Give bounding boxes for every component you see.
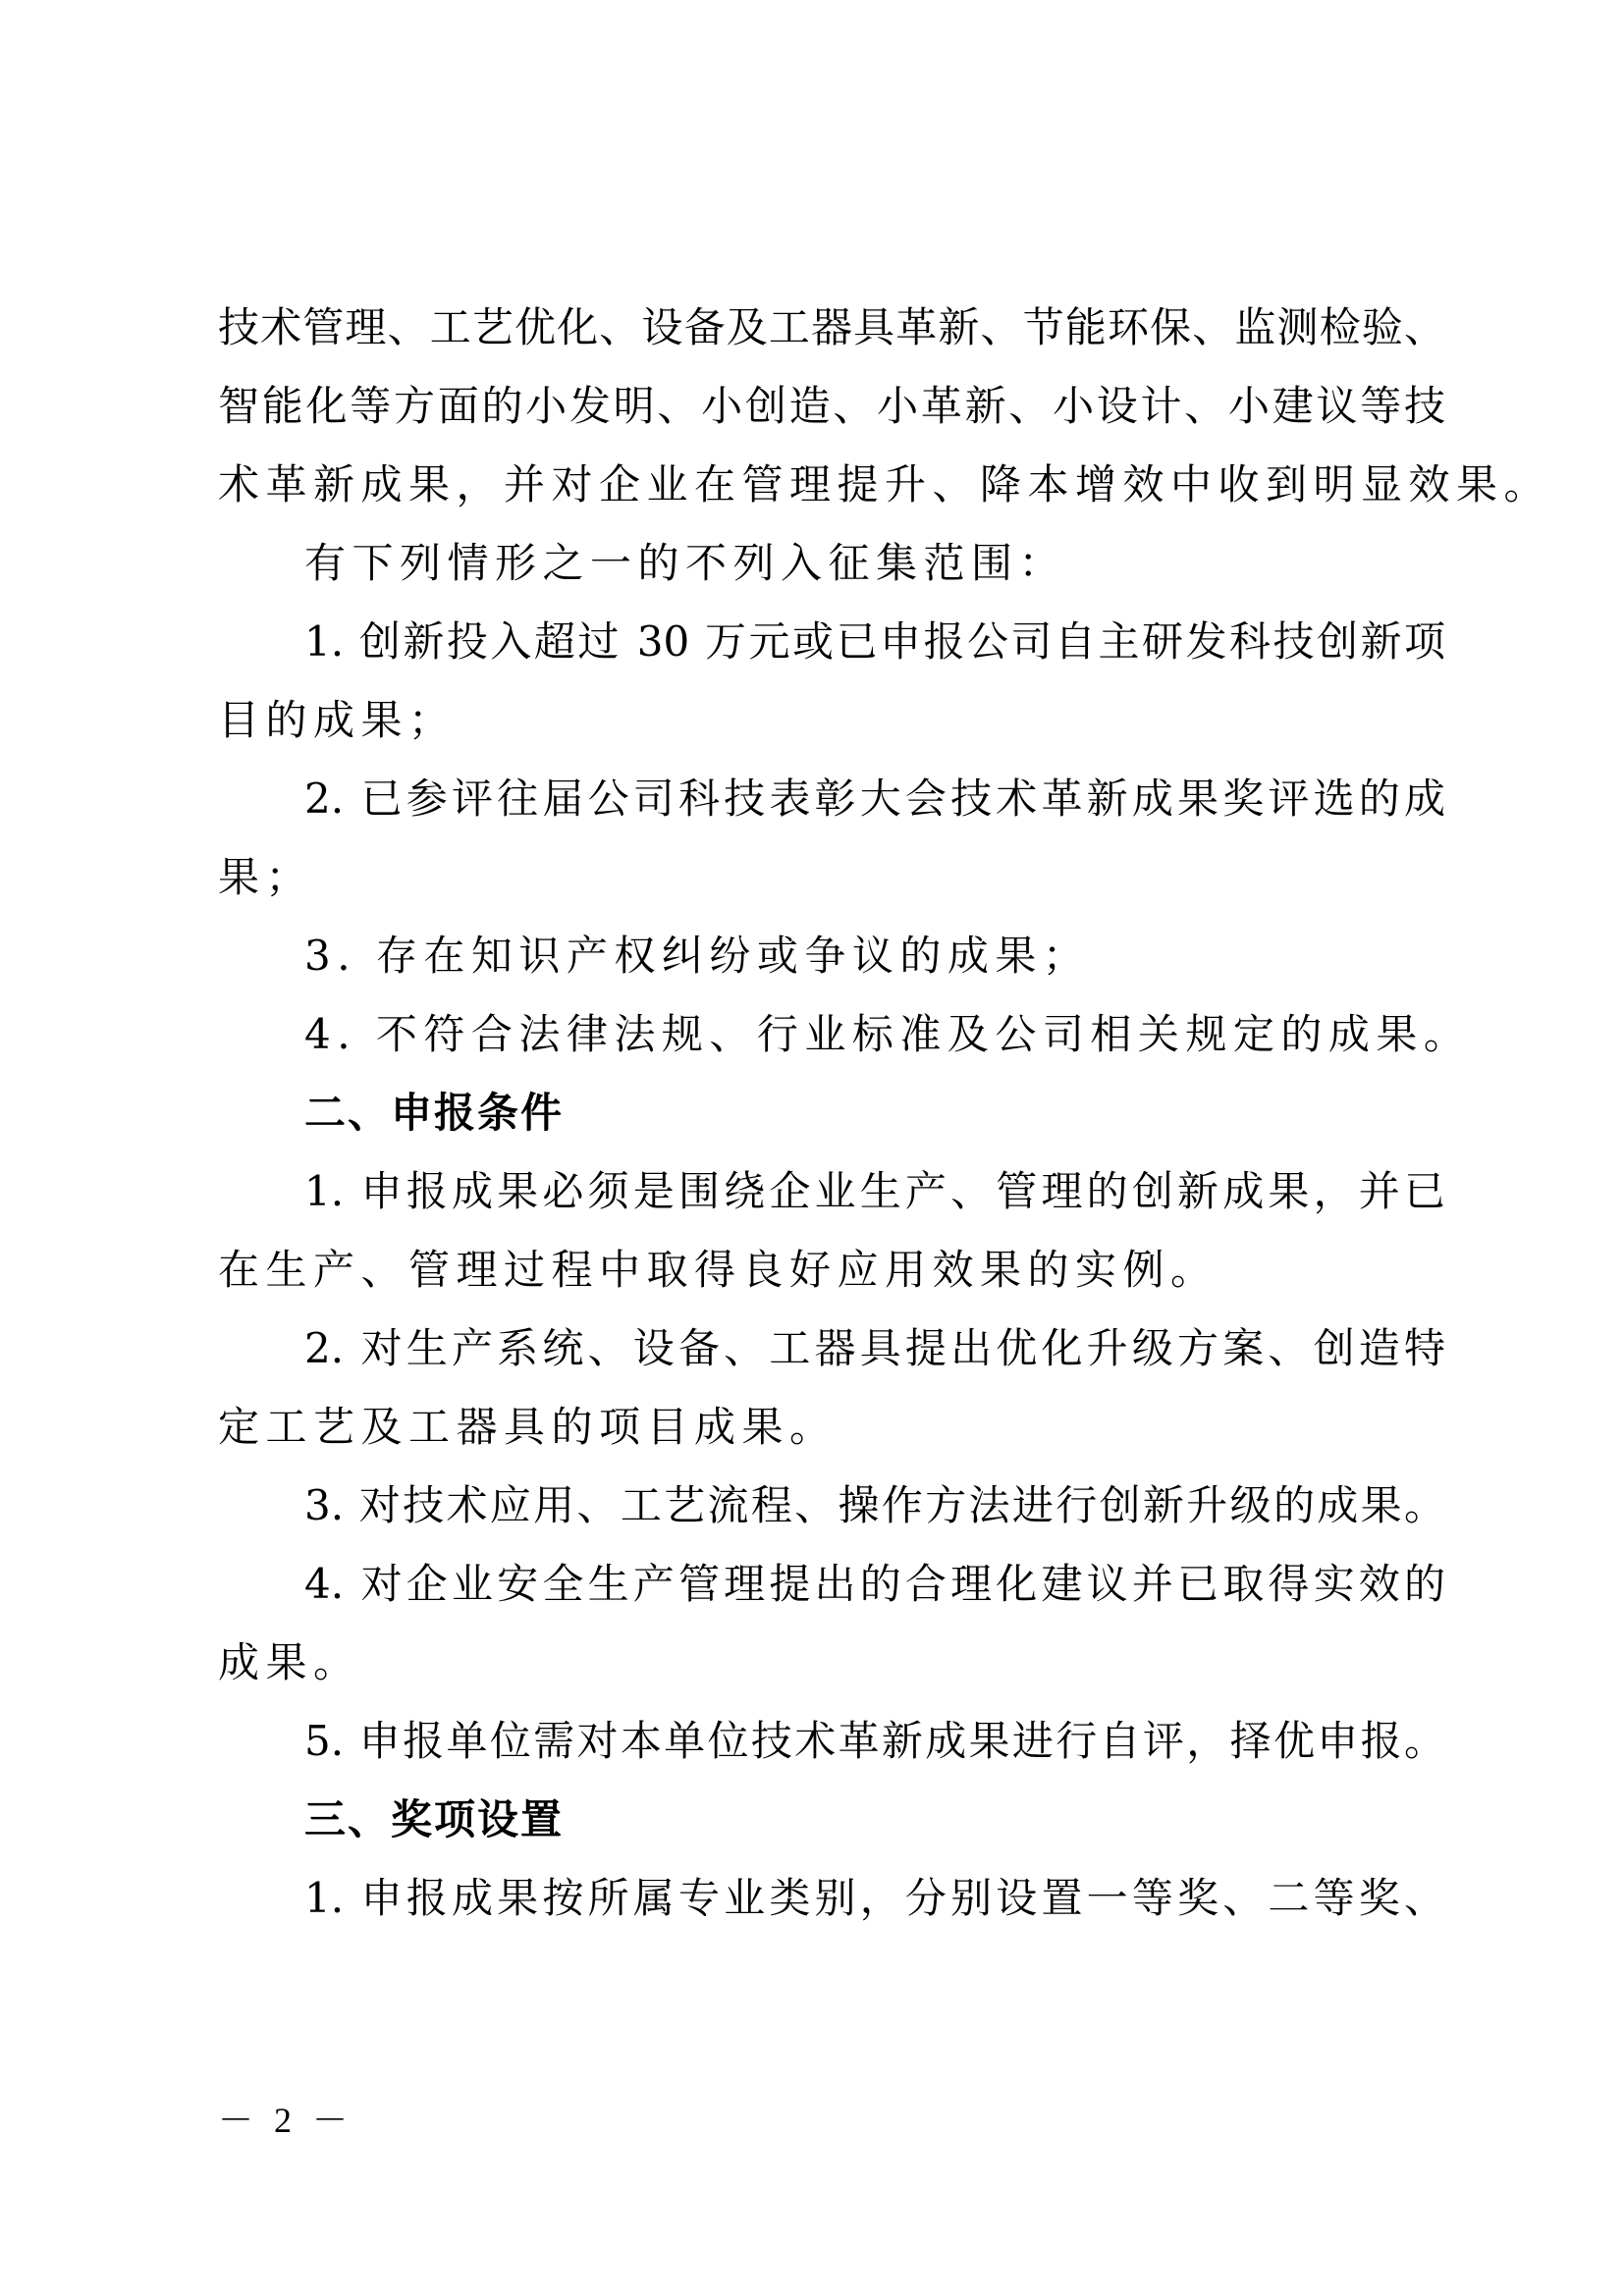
exclusion-item-1: 1. 创新投入超过 30 万元或已申报公司自主研发科技创新项 (304, 613, 1445, 671)
exclusion-item-2-cont: 果； (218, 848, 313, 907)
exclusion-item-3: 3. 存在知识产权纠纷或争议的成果； (304, 927, 1090, 986)
condition-item-1-cont: 在生产、管理过程中取得良好应用效果的实例。 (218, 1241, 1218, 1300)
condition-item-5: 5. 申报单位需对本单位技术革新成果进行自评，择优申报。 (304, 1712, 1445, 1771)
section-heading-3: 三、奖项设置 (304, 1790, 564, 1849)
paragraph-line: 智能化等方面的小发明、小创造、小革新、小设计、小建议等技 (218, 377, 1445, 436)
paragraph-line: 术革新成果，并对企业在管理提升、降本增效中收到明显效果。 (218, 455, 1551, 514)
page-number: － 2 － (218, 2101, 353, 2140)
exclusion-item-4: 4. 不符合法律法规、行业标准及公司相关规定的成果。 (304, 1005, 1471, 1064)
paragraph-line: 有下列情形之一的不列入征集范围： (304, 534, 1066, 593)
condition-item-2-cont: 定工艺及工器具的项目成果。 (218, 1398, 838, 1457)
section-heading-2: 二、申报条件 (304, 1084, 564, 1143)
condition-item-3: 3. 对技术应用、工艺流程、操作方法进行创新升级的成果。 (304, 1476, 1445, 1535)
condition-item-4-cont: 成果。 (218, 1633, 361, 1692)
paragraph-line: 技术管理、工艺优化、设备及工器具革新、节能环保、监测检验、 (218, 298, 1445, 357)
exclusion-item-2: 2. 已参评往届公司科技表彰大会技术革新成果奖评选的成 (304, 770, 1445, 828)
exclusion-item-1-cont: 目的成果； (218, 691, 457, 750)
condition-item-1: 1. 申报成果必须是围绕企业生产、管理的创新成果，并已 (304, 1162, 1445, 1221)
condition-item-4: 4. 对企业安全生产管理提出的合理化建议并已取得实效的 (304, 1555, 1445, 1614)
condition-item-2: 2. 对生产系统、设备、工器具提出优化升级方案、创造特 (304, 1319, 1445, 1378)
award-item-1: 1. 申报成果按所属专业类别，分别设置一等奖、二等奖、 (304, 1869, 1445, 1928)
